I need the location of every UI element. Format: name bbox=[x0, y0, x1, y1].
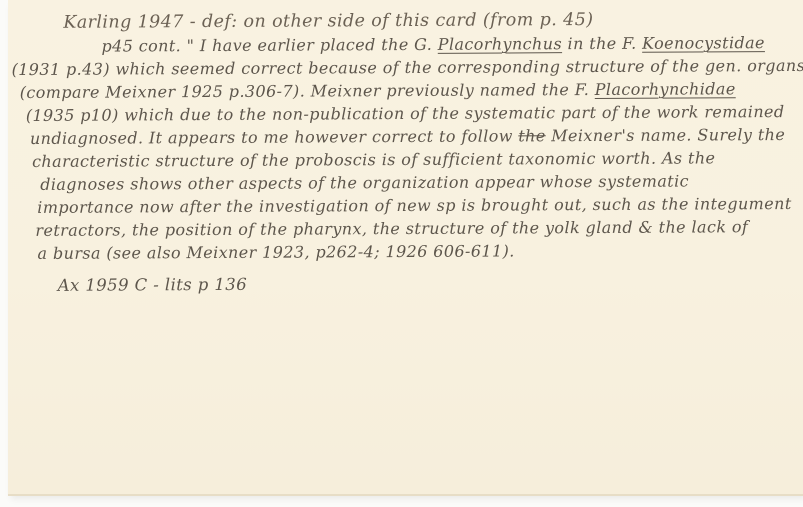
line-segment: undiagnosed. It appears to me however co… bbox=[30, 126, 518, 148]
handwritten-line: retractors, the position of the pharynx,… bbox=[35, 215, 798, 242]
underlined-family-name: Koenocystidae bbox=[642, 33, 765, 53]
line-segment: in the F. bbox=[562, 34, 642, 53]
underlined-genus-name: Placorhynchus bbox=[438, 34, 562, 54]
line-segment: (compare Meixner 1925 p.306-7). Meixner … bbox=[20, 80, 595, 102]
handwritten-citation-line: Ax 1959 C - lits p 136 bbox=[58, 270, 799, 297]
handwritten-line: a bursa (see also Meixner 1923, p262-4; … bbox=[37, 238, 798, 265]
index-card: Karling 1947 - def: on other side of thi… bbox=[8, 0, 803, 494]
struck-through-word: the bbox=[518, 126, 546, 145]
line-segment: Meixner's name. Surely the bbox=[546, 125, 786, 145]
scanned-page: Karling 1947 - def: on other side of thi… bbox=[0, 0, 803, 507]
line-segment: p45 cont. " I have earlier placed the G. bbox=[101, 35, 437, 56]
card-text: Karling 1947 - def: on other side of thi… bbox=[9, 8, 798, 297]
underlined-family-name: Placorhynchidae bbox=[595, 79, 736, 99]
